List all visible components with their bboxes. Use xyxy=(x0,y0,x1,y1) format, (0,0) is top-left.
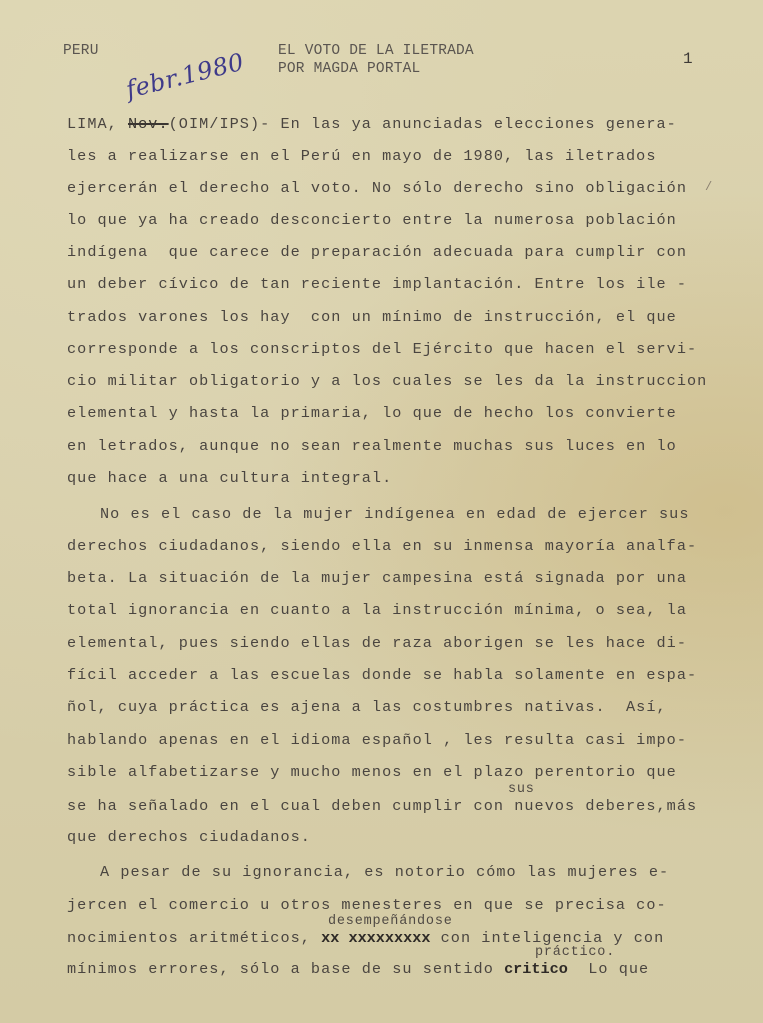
text-line: indígena que carece de preparación adecu… xyxy=(67,243,687,261)
text-line: No es el caso de la mujer indígenea en e… xyxy=(100,505,690,523)
text-line: trados varones los hay con un mínimo de … xyxy=(67,308,677,326)
struck-text: xx xxxxxxxxx xyxy=(321,929,430,947)
interlinear-insertion: desempeñándose xyxy=(328,914,453,930)
text-line: sible alfabetizarse y mucho menos en el … xyxy=(67,763,677,781)
text-line: un deber cívico de tan reciente implanta… xyxy=(67,275,687,293)
interlinear-insertion: práctico. xyxy=(535,945,615,961)
text-line: elemental y hasta la primaria, lo que de… xyxy=(67,404,677,422)
text-segment: nocimientos aritméticos, xyxy=(67,929,321,947)
text-line: ñol, cuya práctica es ajena a las costum… xyxy=(67,698,667,716)
text-line: que hace a una cultura integral. xyxy=(67,469,392,487)
struck-month: Nov. xyxy=(128,115,169,133)
article-title: EL VOTO DE LA ILETRADA xyxy=(278,42,474,60)
interlinear-insertion: sus xyxy=(508,782,535,798)
text-line: les a realizarse en el Perú en mayo de 1… xyxy=(67,147,657,165)
text-line: En las ya anunciadas elecciones genera- xyxy=(280,115,676,133)
text-line: total ignorancia en cuanto a la instrucc… xyxy=(67,601,687,619)
text-line: jercen el comercio u otros menesteres en… xyxy=(67,896,667,914)
handwritten-date-annotation: febr.1980 xyxy=(123,48,247,104)
text-line-with-strikeout: mínimos errores, sólo a base de su senti… xyxy=(67,960,649,978)
text-line: se ha señalado en el cual deben cumplir … xyxy=(67,797,697,815)
text-segment: Lo que xyxy=(568,960,649,978)
text-line: elemental, pues siendo ellas de raza abo… xyxy=(67,634,687,652)
text-line: fícil acceder a las escuelas donde se ha… xyxy=(67,666,697,684)
dateline-line: LIMA, Nov.(OIM/IPS)- En las ya anunciada… xyxy=(67,115,677,133)
typewritten-document-page: PERU EL VOTO DE LA ILETRADA POR MAGDA PO… xyxy=(0,0,763,1023)
text-line: corresponde a los conscriptos del Ejérci… xyxy=(67,340,697,358)
dateline-agency: (OIM/IPS)- xyxy=(169,115,281,133)
struck-text: critico xyxy=(504,960,568,978)
text-line: cio militar obligatorio y a los cuales s… xyxy=(67,372,707,390)
header-country: PERU xyxy=(63,42,99,60)
text-line: en letrados, aunque no sean realmente mu… xyxy=(67,437,677,455)
article-author: POR MAGDA PORTAL xyxy=(278,60,420,78)
dateline-city: LIMA, xyxy=(67,115,128,133)
margin-tick-mark: / xyxy=(705,180,712,194)
text-line: que derechos ciudadanos. xyxy=(67,828,311,846)
text-line: derechos ciudadanos, siendo ella en su i… xyxy=(67,537,697,555)
text-line: A pesar de su ignorancia, es notorio cóm… xyxy=(100,863,669,881)
text-line: ejercerán el derecho al voto. No sólo de… xyxy=(67,179,687,197)
text-line: hablando apenas en el idioma español , l… xyxy=(67,731,687,749)
text-line: beta. La situación de la mujer campesina… xyxy=(67,569,687,587)
page-number: 1 xyxy=(683,50,693,68)
text-line: lo que ya ha creado desconcierto entre l… xyxy=(67,211,677,229)
text-segment: mínimos errores, sólo a base de su senti… xyxy=(67,960,504,978)
